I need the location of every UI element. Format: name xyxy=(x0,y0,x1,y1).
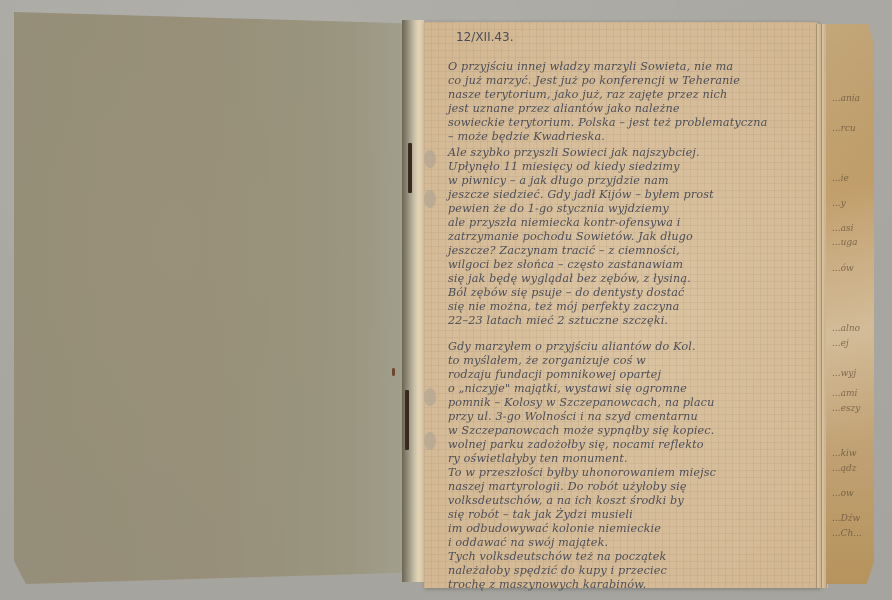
flap-text: ...ądz xyxy=(832,464,856,474)
text-line: To w przeszłości byłby uhonorowaniem mie… xyxy=(448,466,716,479)
text-line: ry oświetlałyby ten monument. xyxy=(448,452,628,465)
flap-text: ...eszy xyxy=(832,404,860,414)
text-line: Ból zębów się psuje – do dentysty dostać xyxy=(448,286,684,299)
flap-text: ...wyj xyxy=(832,369,856,379)
entry-date: 12/XII.43. xyxy=(456,30,514,44)
taped-back-pages: ...ania ...rcu ...ie ...y ...asi ...uga … xyxy=(826,24,874,584)
text-line: 22–23 latach mieć 2 sztuczne szczęki. xyxy=(448,314,668,327)
punch-hole xyxy=(424,150,436,168)
text-line: się nie można, też mój perfekty zaczyna xyxy=(448,300,679,313)
flap-text: ...alno xyxy=(832,324,860,334)
flap-text: ...ie xyxy=(832,174,849,184)
text-line: volksdeutschów, a na ich koszt środki by xyxy=(448,494,684,507)
notebook-page: 12/XII.43. O przyjściu innej władzy marz… xyxy=(424,22,820,588)
text-line: wilgoci bez słońca – często zastanawiam xyxy=(448,258,683,271)
punch-hole xyxy=(424,190,436,208)
flap-text: ...asi xyxy=(832,224,853,234)
text-line: jeszcze siedzieć. Gdy jadł Kijów – byłem… xyxy=(448,188,714,201)
text-line: Gdy marzyłem o przyjściu aliantów do Kol… xyxy=(448,340,696,353)
text-line: Upłynęło 11 miesięcy od kiedy siedzimy xyxy=(448,160,680,173)
text-line: sowieckie terytorium. Polska – jest też … xyxy=(448,116,768,129)
text-line: się jak będę wyglądał bez zębów, z łysin… xyxy=(448,272,691,285)
text-line: o „niczyje" majątki, wystawi się ogromne xyxy=(448,382,687,395)
text-line: należałoby spędzić do kupy i przeciec xyxy=(448,564,667,577)
punch-hole xyxy=(424,432,436,450)
flap-text: ...ania xyxy=(832,94,860,104)
flap-text: ...rcu xyxy=(832,124,856,134)
text-line: trochę z maszynowych karabinów. xyxy=(448,578,646,591)
text-line: nasze terytorium, jako już, raz zajęte p… xyxy=(448,88,727,101)
text-line: jest uznane przez aliantów jako należne xyxy=(448,102,680,115)
staple xyxy=(408,143,412,193)
flap-text: ...Ch... xyxy=(832,529,862,539)
text-line: Tych volksdeutschów też na początek xyxy=(448,550,666,563)
flap-text: ...ów xyxy=(832,264,854,274)
text-line: rodzaju fundacji pomnikowej opartej xyxy=(448,368,661,381)
flap-text: ...ej xyxy=(832,339,849,349)
notebook-spine xyxy=(402,20,424,582)
text-line: wolnej parku zadożołby się, nocami refle… xyxy=(448,438,704,451)
notebook-inner-cover xyxy=(14,12,410,584)
text-line: zatrzymanie pochodu Sowietów. Jak długo xyxy=(448,230,693,243)
flap-text: ...y xyxy=(832,199,846,209)
text-line: co już marzyć. Jest już po konferencji w… xyxy=(448,74,740,87)
page-stack-edges xyxy=(814,24,828,588)
flap-text: ...kiw xyxy=(832,449,857,459)
text-line: O przyjściu innej władzy marzyli Sowieta… xyxy=(448,60,733,73)
text-line: – może będzie Kwadrieska. xyxy=(448,130,605,143)
text-line: w Szczepanowcach może sypnąłby się kopie… xyxy=(448,424,714,437)
text-line: ale przyszła niemiecka kontr-ofensywa i xyxy=(448,216,680,229)
flap-text: ...Dźw xyxy=(832,514,860,524)
punch-hole xyxy=(424,388,436,406)
text-line: i oddawać na swój majątek. xyxy=(448,536,608,549)
text-line: się robót – tak jak Żydzi musieli xyxy=(448,508,633,521)
text-line: naszej martyrologii. Do robót użyłoby si… xyxy=(448,480,687,493)
text-line: to myślałem, że zorganizuje coś w xyxy=(448,354,646,367)
flap-text: ...ow xyxy=(832,489,854,499)
text-line: pewien że do 1-go stycznia wyjdziemy xyxy=(448,202,669,215)
text-line: im odbudowywać kolonie niemieckie xyxy=(448,522,661,535)
flap-text: ...ami xyxy=(832,389,857,399)
flap-text: ...uga xyxy=(832,238,858,248)
text-line: Ale szybko przyszli Sowieci jak najszybc… xyxy=(448,146,700,159)
text-line: przy ul. 3-go Wolności i na szyd cmentar… xyxy=(448,410,698,423)
text-line: jeszcze? Zaczynam tracić – z ciemności, xyxy=(448,244,680,257)
text-line: pomnik – Kolosy w Szczepanowcach, na pla… xyxy=(448,396,714,409)
text-line: w piwnicy – a jak długo przyjdzie nam xyxy=(448,174,669,187)
rust-stain xyxy=(392,368,395,376)
staple xyxy=(405,390,409,450)
